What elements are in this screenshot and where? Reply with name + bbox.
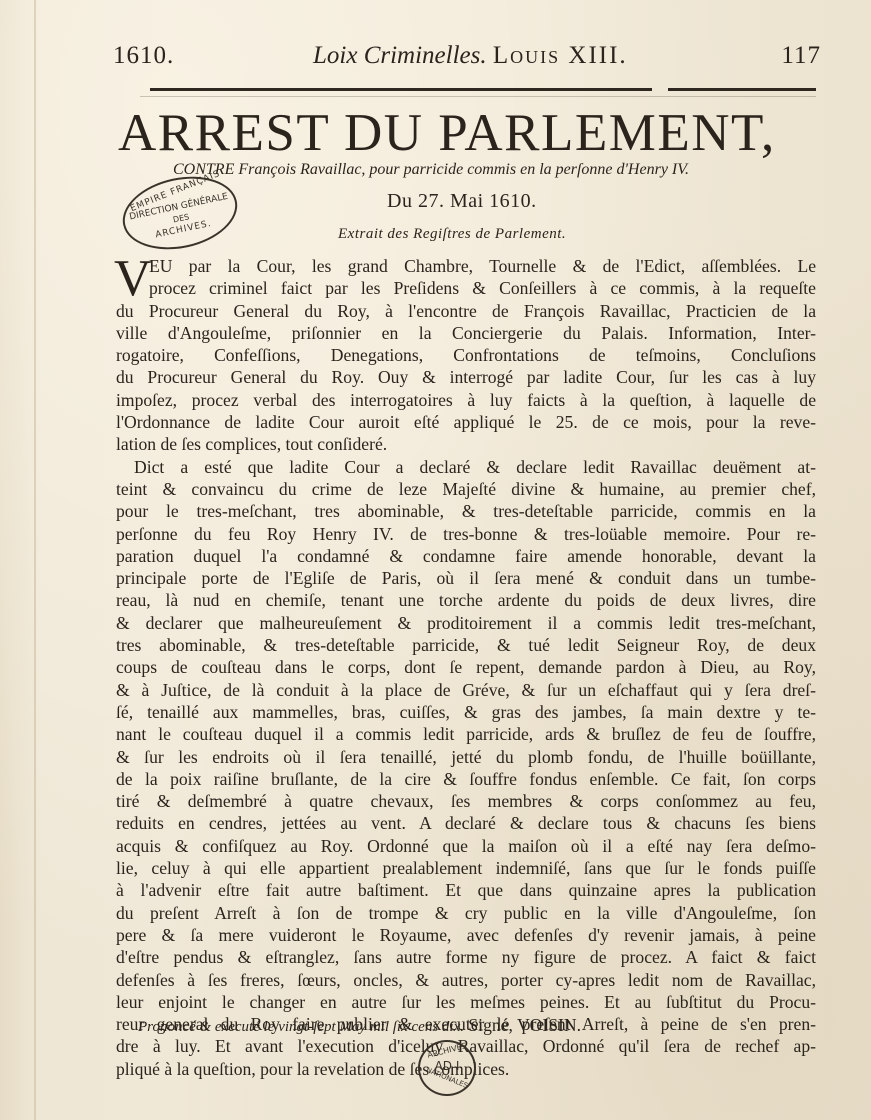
text-line: du Procureur General du Roy, à l'encontr… [116, 300, 816, 322]
header-rule-right [668, 88, 816, 91]
running-head-title-italic: Loix Criminelles. [313, 42, 487, 69]
body-text: V EU par la Cour, les grand Chambre, Tou… [116, 255, 816, 1080]
text-line: ville d'Angouleſme, priſonnier en la Con… [116, 322, 816, 344]
text-line: ſé, tenaillé aux mammelles, bras, cuiſſe… [116, 701, 816, 723]
text-line: lation de ſes complices, tout conſideré. [116, 433, 816, 455]
text-line: principale porte de l'Egliſe de Paris, o… [116, 567, 816, 589]
text-line: de la poix raiſine bruſlante, de la cire… [116, 768, 816, 790]
text-line: du preſent Arreſt à ſon de trompe & cry … [116, 902, 816, 924]
extract-note: Extrait des Regiſtres de Parlement. [338, 226, 566, 243]
running-head-year: 1610. [113, 42, 174, 70]
header-rule-left [150, 88, 652, 91]
text-line: EU par la Cour, les grand Chambre, Tourn… [116, 255, 816, 277]
text-line: d'eſtre pendus & eſtranglez, ſans autre … [116, 946, 816, 968]
text-line: tiré & deſmembré à quatre chevaux, ſes m… [116, 790, 816, 812]
drop-cap: V [114, 255, 152, 303]
text-line: à l'advenir eſtre fait autre baſtiment. … [116, 879, 816, 901]
text-line: reau, là nud en chemiſe, tenant une torc… [116, 589, 816, 611]
text-line: & ſur les endroits où il ſera tenaillé, … [116, 746, 816, 768]
text-line: impoſez, procez verbal des interrogatoir… [116, 389, 816, 411]
text-line: coups de couſteau dans le corps, dont ſe… [116, 656, 816, 678]
running-head: 1610. Loix Criminelles. Louis XIII. 117 [113, 42, 821, 78]
document-subtitle: CONTRE François Ravaillac, pour parricid… [173, 161, 689, 179]
text-line: paration duquel l'a condamné & condamne … [116, 545, 816, 567]
closing-line: Prononcé & executé le vingt-ſept May mil… [138, 1015, 581, 1036]
header-thin-rule [140, 96, 816, 97]
text-line: procez criminel faict par les Preſidens … [116, 277, 816, 299]
text-line: du Procureur General du Roy. Ouy & inter… [116, 366, 816, 388]
text-line: reduits en cendres, jettées au vent. A d… [116, 812, 816, 834]
page-number: 117 [781, 42, 821, 70]
text-line: teint & convaincu du crime de leze Majeſ… [116, 478, 816, 500]
closing-signature: Signé, VOISIN. [468, 1015, 581, 1035]
text-line: pour le tres-meſchant, tres abominable, … [116, 500, 816, 522]
text-line: & declarer que malheureuſement & prodito… [116, 612, 816, 634]
document-date: Du 27. Mai 1610. [387, 190, 537, 213]
archives-nationales-stamp: ARCHIVES AD I NATIONALES [418, 1040, 476, 1096]
text-line: pere & ſa mere vuideront le Royaume, ave… [116, 924, 816, 946]
text-line: acquis & confiſquez au Roy. Ordonné que … [116, 835, 816, 857]
running-head-title-caps: Louis XIII. [493, 42, 628, 69]
text-line: leur enjoint le changer en autre ſur les… [116, 991, 816, 1013]
text-line: perſonne du feu Roy Henry IV. de tres-bo… [116, 523, 816, 545]
text-line: lie, celuy à qui elle appartient prealab… [116, 857, 816, 879]
closing-pronouncement: Prononcé & executé le vingt-ſept May mil… [138, 1019, 464, 1035]
document-title: ARREST DU PARLEMENT, [118, 103, 838, 163]
text-line: tres abominable, & tres-deteſtable parri… [116, 634, 816, 656]
page-fold-shadow [34, 0, 36, 1120]
running-head-title: Loix Criminelles. Louis XIII. [313, 42, 628, 70]
text-line: & à Juſtice, de là conduit à la place de… [116, 679, 816, 701]
text-line: l'Ordonnance de ladite Cour auroit eſté … [116, 411, 816, 433]
text-line: defenſes à ſes freres, ſœurs, oncles, & … [116, 969, 816, 991]
text-line: nant le couſteau duquel il a commis ledi… [116, 723, 816, 745]
text-line: rogatoire, Confeſſions, Denegations, Con… [116, 344, 816, 366]
text-line: Dict a esté que ladite Cour a declaré & … [116, 456, 816, 478]
